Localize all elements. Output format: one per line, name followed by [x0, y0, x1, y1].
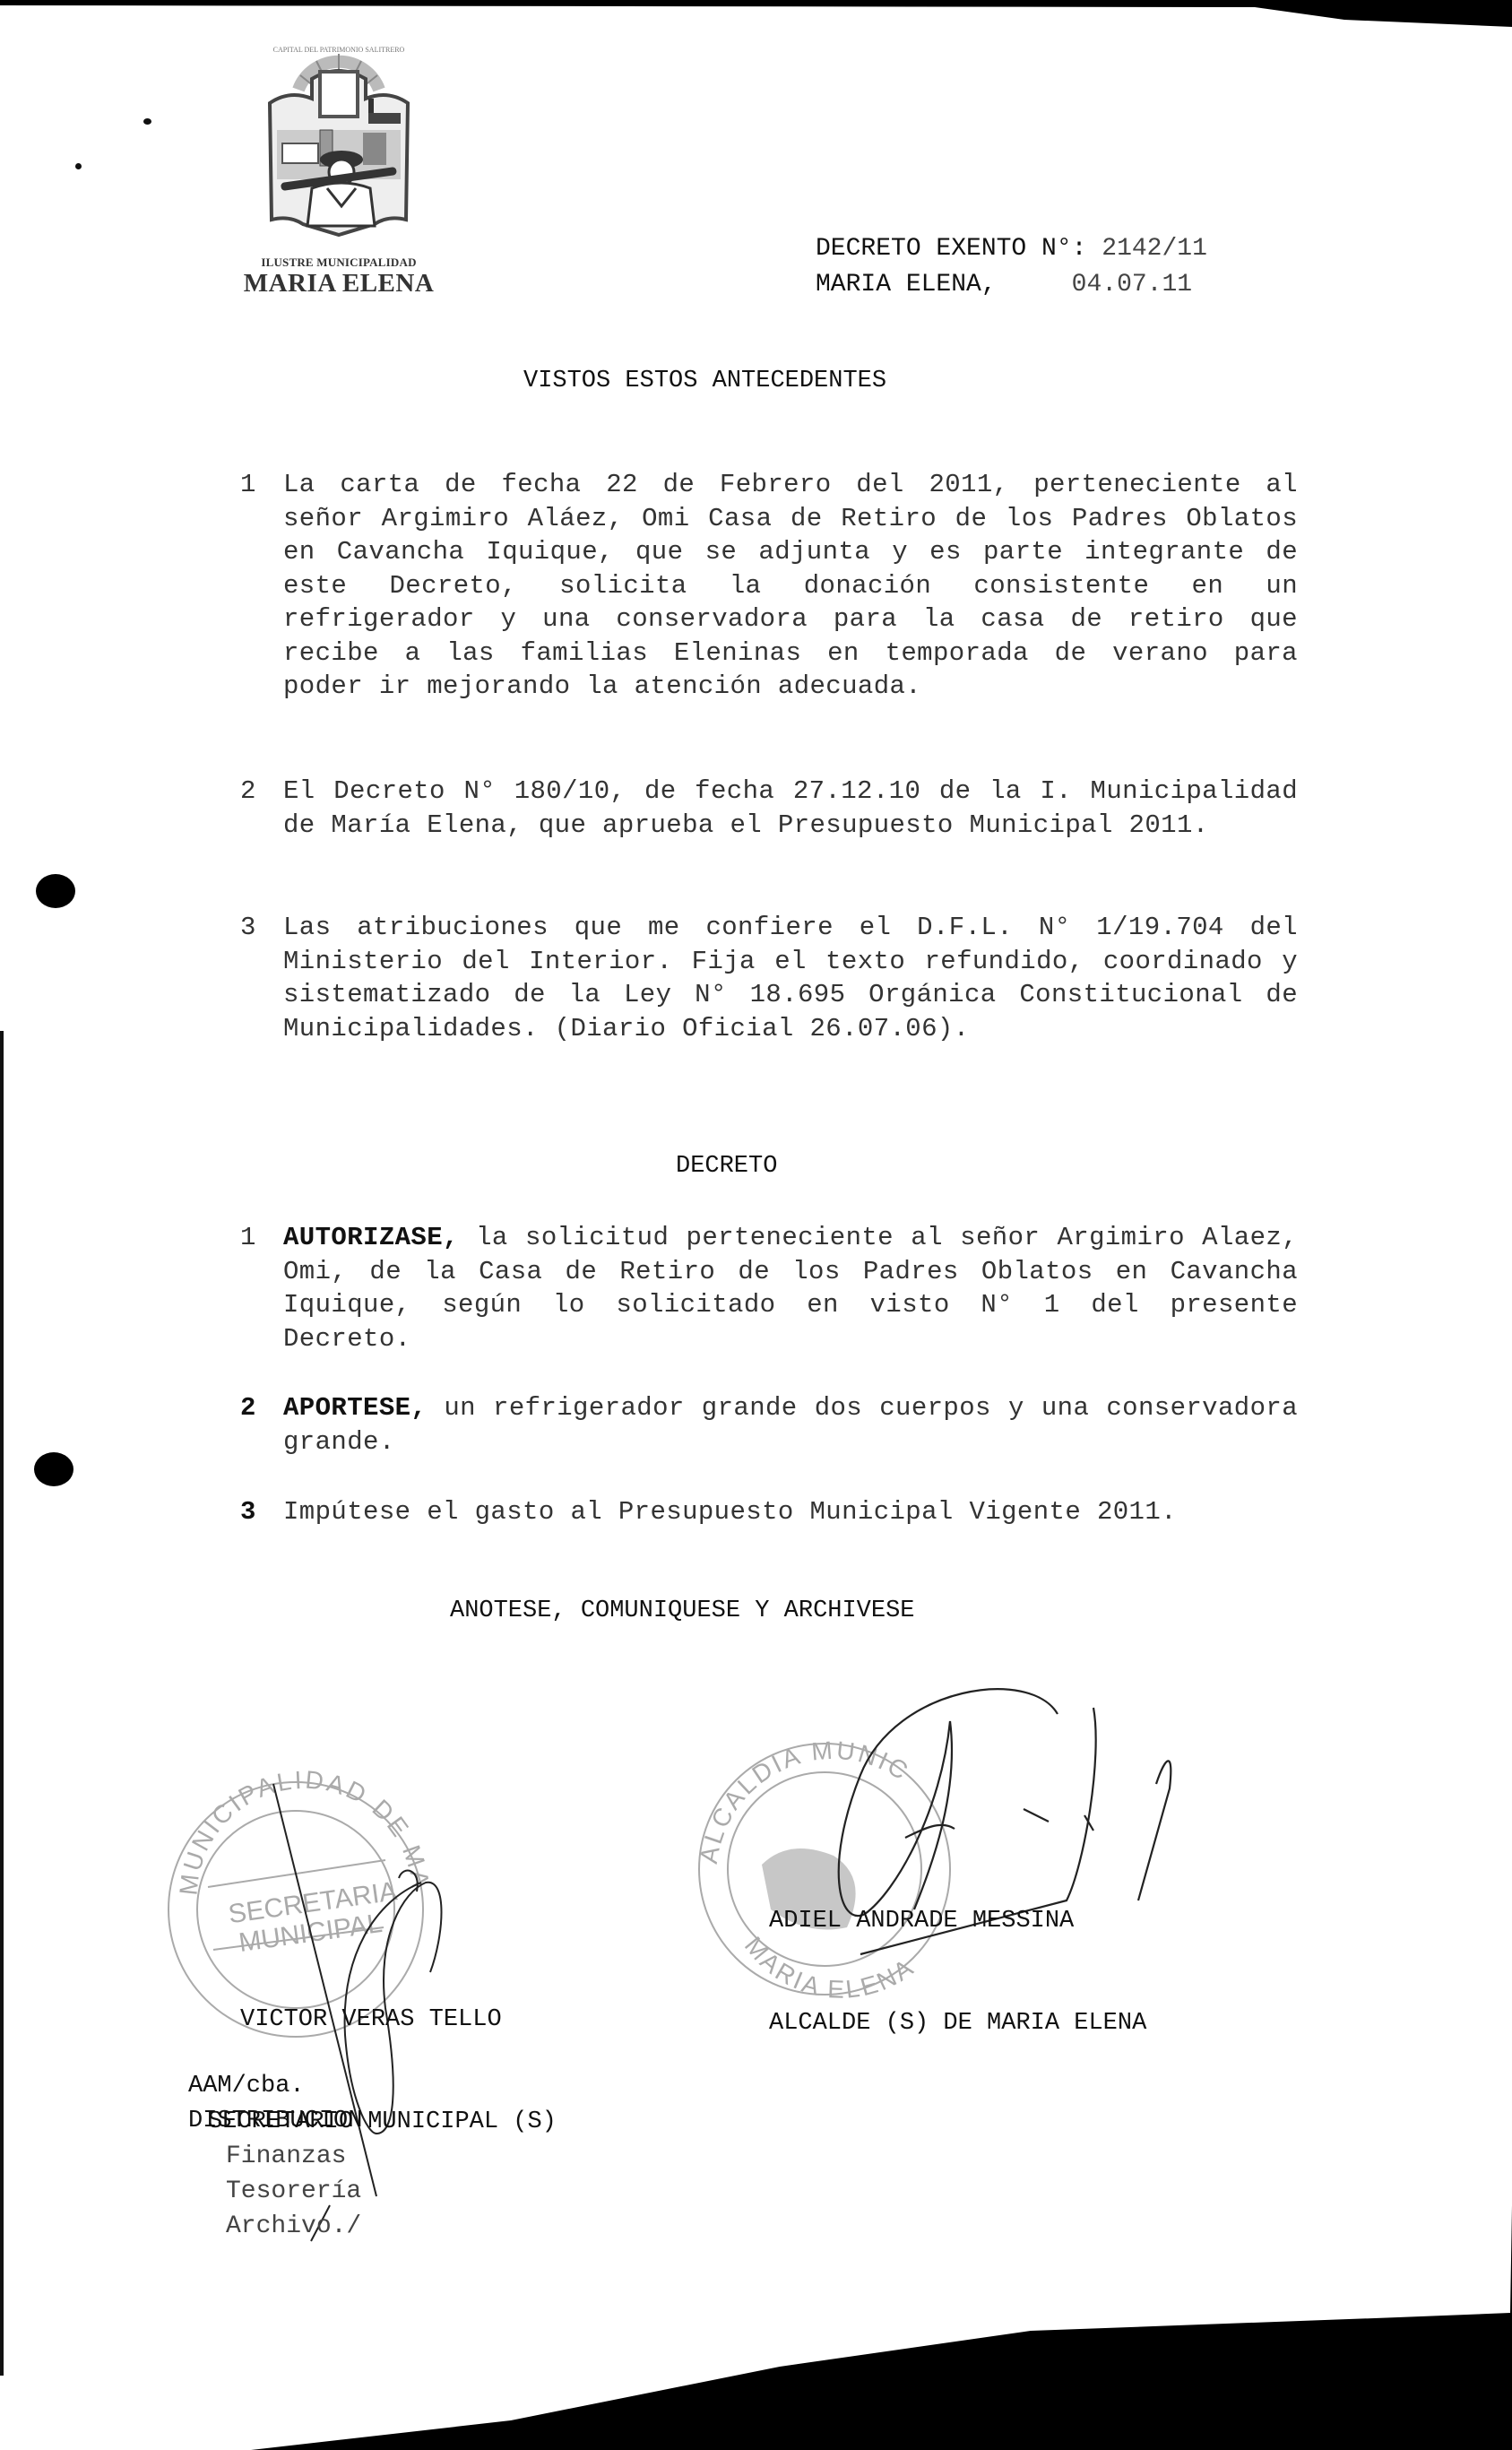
mayor-signature-block: ADIEL ANDRADE MESSINA ALCALDE (S) DE MAR… [769, 1836, 1146, 2074]
closing-formula: ANOTESE, COMUNIQUESE Y ARCHIVESE [450, 1597, 914, 1624]
decreto-keyword: APORTESE, [283, 1393, 427, 1423]
secretary-name: VICTOR VERAS TELLO [208, 2003, 557, 2037]
visto-number: 2 [240, 775, 267, 809]
decreto-item: 3 Impútese el gasto al Presupuesto Munic… [240, 1495, 1298, 1529]
visto-item: 1 La carta de fecha 22 de Febrero del 20… [240, 468, 1298, 704]
decreto-item: 2 APORTESE, un refrigerador grande dos c… [240, 1391, 1298, 1459]
scan-speck [143, 118, 151, 125]
institution-name: MARIA ELENA [240, 270, 437, 299]
decreto-heading: DECRETO [676, 1153, 777, 1180]
visto-text: La carta de fecha 22 de Febrero del 2011… [283, 468, 1298, 704]
visto-item: 3 Las atribuciones que me confiere el D.… [240, 911, 1298, 1045]
distribution-item: Archivo./ [188, 2209, 362, 2244]
mayor-title: ALCALDE (S) DE MARIA ELENA [769, 2006, 1146, 2040]
distribution-item: Finanzas [188, 2139, 362, 2174]
municipal-coat-of-arms-icon: CAPITAL DEL PATRIMONIO SALITRERO [263, 36, 415, 242]
visto-item: 2 El Decreto N° 180/10, de fecha 27.12.1… [240, 775, 1298, 842]
distribution-label: DISTRIBUCION [188, 2104, 362, 2139]
decree-number-row: DECRETO EXENTO N°: 2142/11 [816, 231, 1207, 267]
visto-text: El Decreto N° 180/10, de fecha 27.12.10 … [283, 775, 1298, 842]
mayor-name: ADIEL ANDRADE MESSINA [769, 1904, 1146, 1938]
decree-number: 2142/11 [1102, 235, 1207, 263]
decree-place: MARIA ELENA, [816, 271, 997, 299]
decree-date-row: MARIA ELENA, 04.07.11 [816, 267, 1207, 303]
decree-header: DECRETO EXENTO N°: 2142/11 MARIA ELENA, … [816, 231, 1207, 303]
decreto-number: 2 [240, 1391, 267, 1425]
initials: AAM/cba. [188, 2069, 362, 2104]
decreto-text: AUTORIZASE, la solicitud perteneciente a… [283, 1221, 1298, 1355]
scan-speck [75, 163, 82, 169]
punch-hole [36, 874, 75, 908]
institution-small-label: ILUSTRE MUNICIPALIDAD [240, 255, 437, 270]
distribution-item: Tesorería [188, 2174, 362, 2209]
decree-date: 04.07.11 [1072, 271, 1192, 299]
visto-text: Las atribuciones que me confiere el D.F.… [283, 911, 1298, 1045]
punch-hole [34, 1452, 73, 1486]
decreto-text: APORTESE, un refrigerador grande dos cue… [283, 1391, 1298, 1459]
decreto-item: 1 AUTORIZASE, la solicitud perteneciente… [240, 1221, 1298, 1355]
decreto-keyword: AUTORIZASE, [283, 1223, 459, 1252]
institution-caption: ILUSTRE MUNICIPALIDAD MARIA ELENA [240, 255, 437, 299]
decreto-number: 3 [240, 1495, 267, 1529]
decreto-text: Impútese el gasto al Presupuesto Municip… [283, 1495, 1298, 1529]
decree-label: DECRETO EXENTO N°: [816, 235, 1086, 263]
visto-number: 1 [240, 468, 267, 502]
distribution-block: AAM/cba. DISTRIBUCION Finanzas Tesorería… [188, 2069, 362, 2244]
decreto-number: 1 [240, 1221, 267, 1255]
visto-number: 3 [240, 911, 267, 945]
scan-edge [0, 1031, 4, 2376]
svg-text:CAPITAL DEL PATRIMONIO SALITRE: CAPITAL DEL PATRIMONIO SALITRERO [273, 46, 405, 54]
vistos-heading: VISTOS ESTOS ANTECEDENTES [523, 368, 886, 394]
